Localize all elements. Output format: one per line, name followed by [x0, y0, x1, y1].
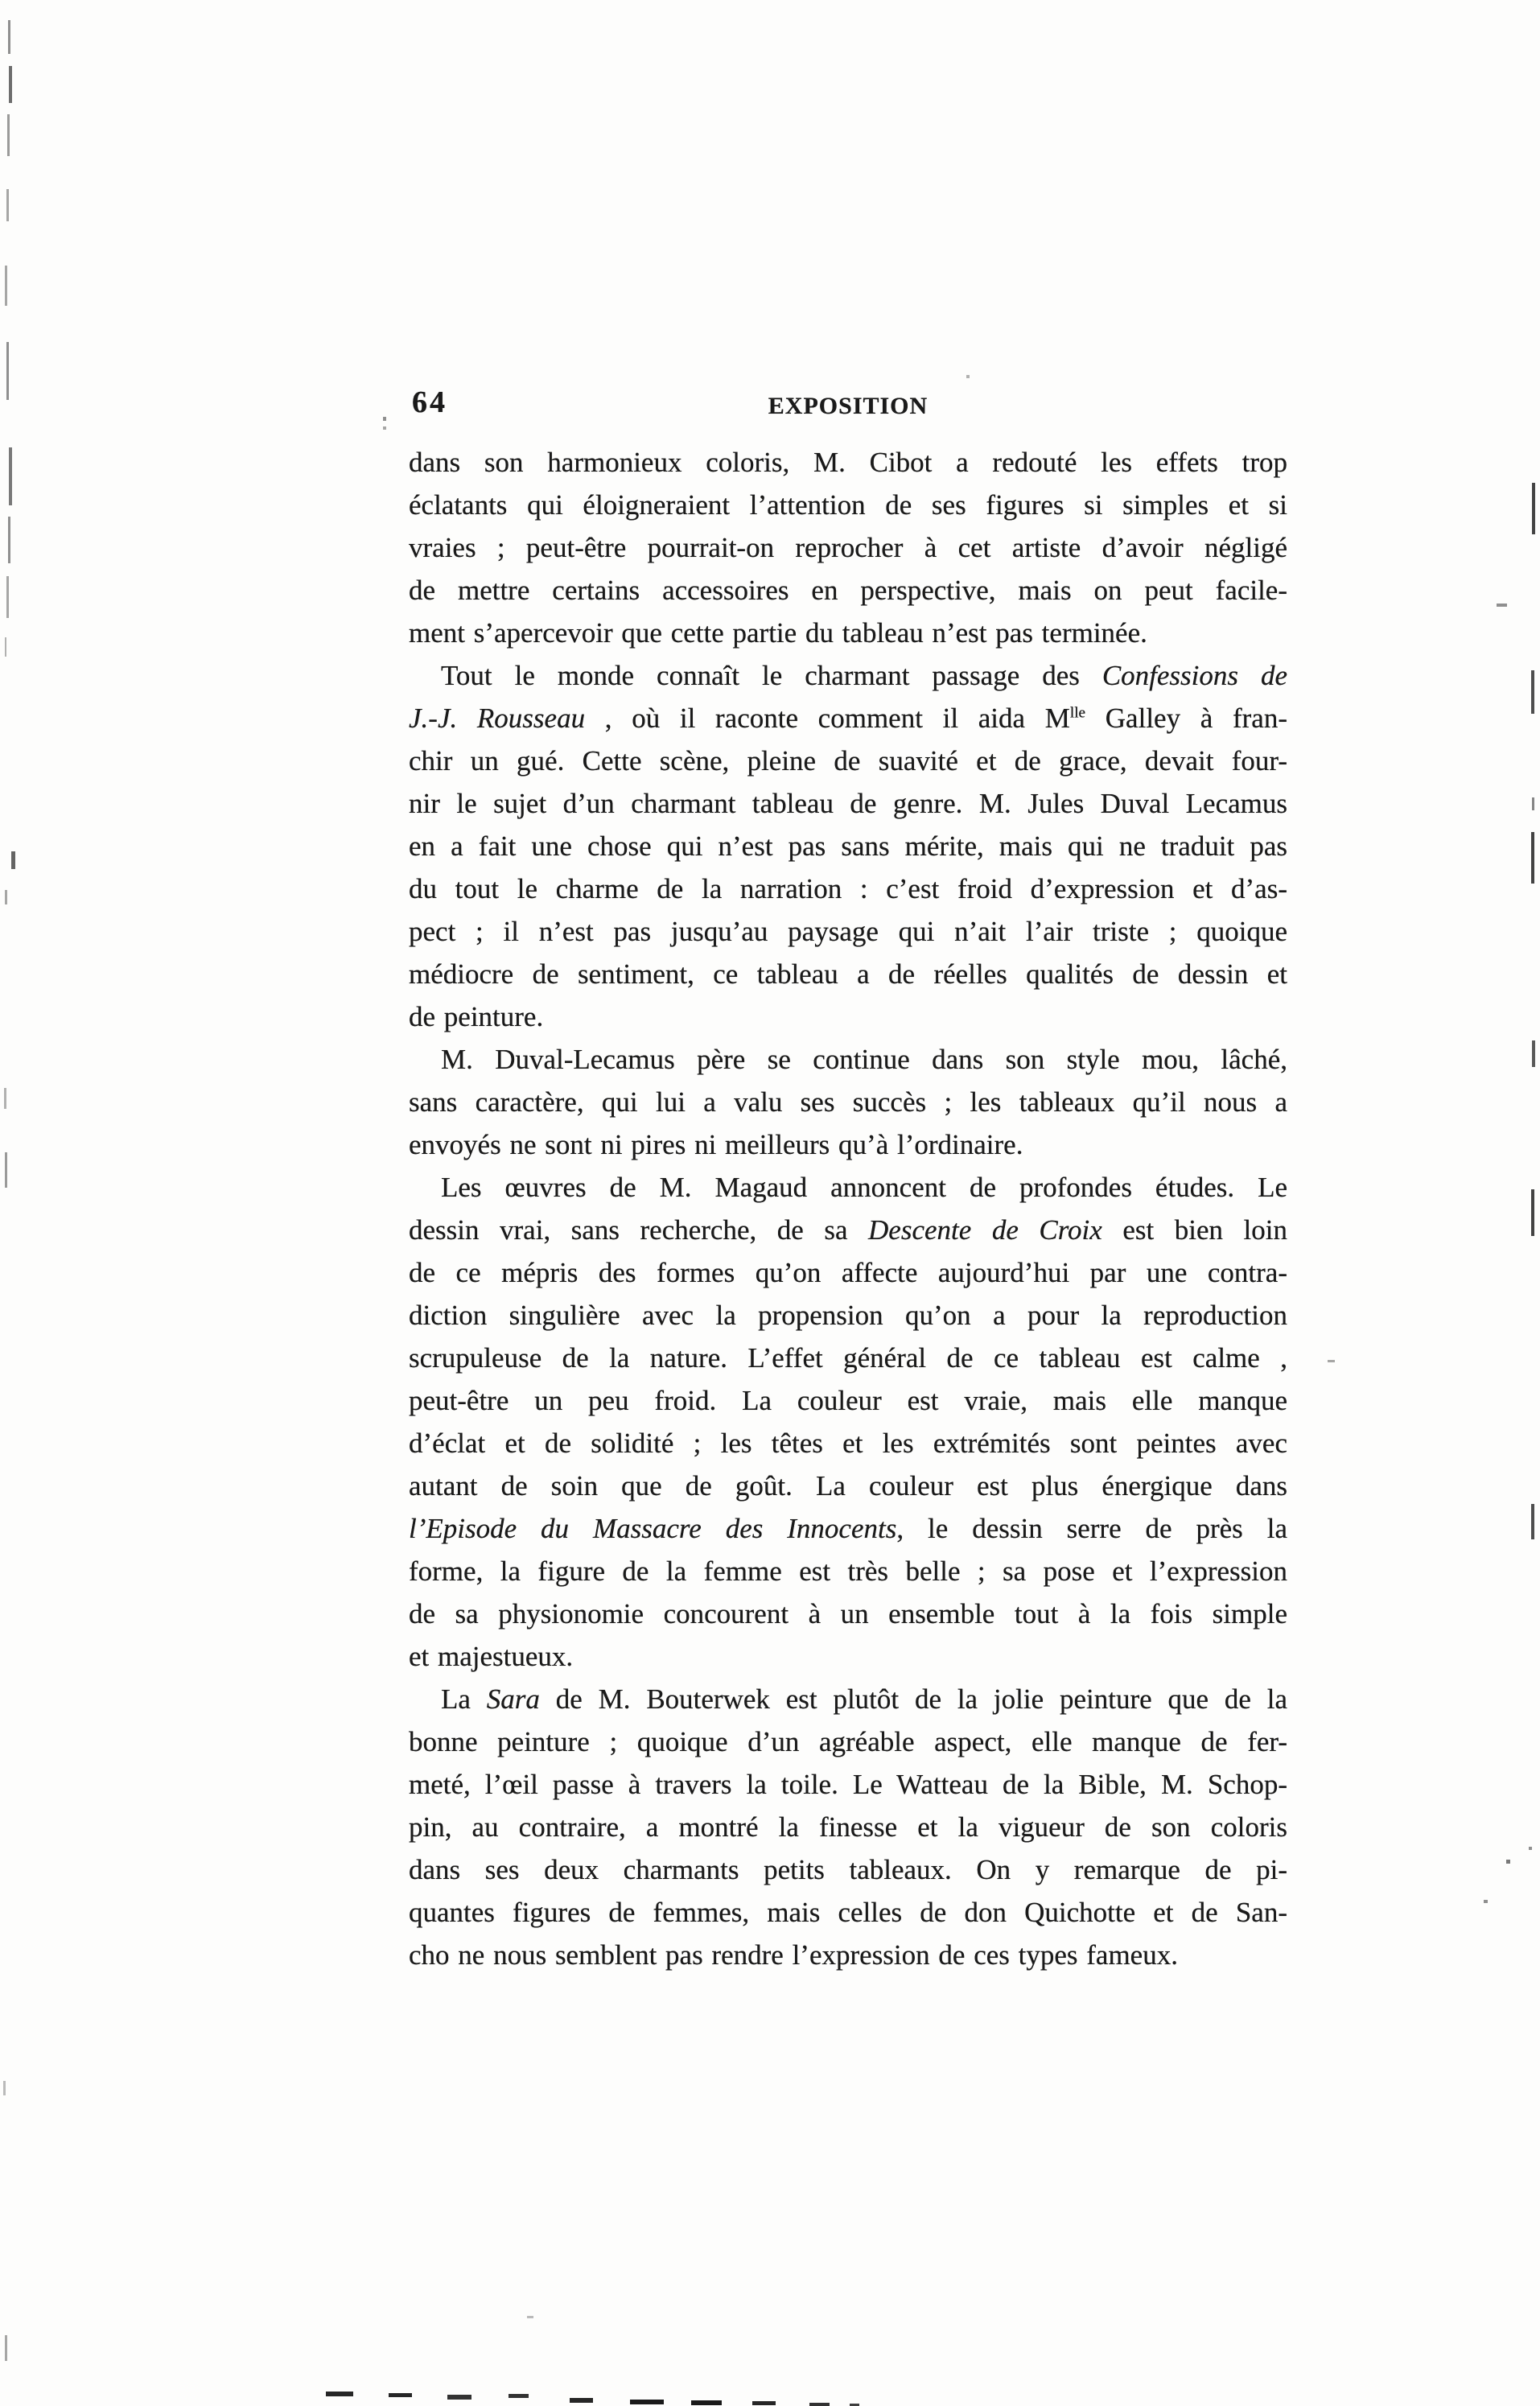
scan-artifact — [6, 189, 9, 221]
text-line: chir un gué. Cette scène, pleine de suav… — [409, 740, 1287, 782]
text-segment: bonne peinture ; quoique d’un agréable a… — [409, 1726, 1287, 1757]
scan-artifact — [1531, 670, 1534, 714]
scan-artifact — [966, 375, 970, 378]
text-segment: meté, l’œil passe à travers la toile. Le… — [409, 1769, 1287, 1800]
text-line: de mettre certains accessoires en perspe… — [409, 569, 1287, 612]
scan-artifact — [326, 2392, 353, 2396]
scan-artifact — [1531, 832, 1534, 884]
page-header: 64 EXPOSITION — [409, 385, 1287, 430]
text-segment: Tout le monde connaît le charmant passag… — [441, 660, 1102, 691]
text-segment: de mettre certains accessoires en perspe… — [409, 575, 1287, 606]
scan-artifact — [389, 2393, 412, 2397]
text-line: de sa physionomie concourent à un ensemb… — [409, 1592, 1287, 1635]
text-line: dans ses deux charmants petits tableaux.… — [409, 1848, 1287, 1891]
scanned-book-page: 64 EXPOSITION dans son harmonieux colori… — [0, 0, 1540, 2406]
scan-artifact — [5, 2335, 7, 2361]
text-segment: Galley à fran- — [1085, 702, 1287, 734]
text-segment: peut-être un peu froid. La couleur est v… — [409, 1385, 1287, 1416]
text-segment: dans son harmonieux coloris, M. Cibot a … — [409, 447, 1287, 478]
scan-artifact — [527, 2316, 533, 2318]
scan-artifact — [7, 114, 10, 156]
scan-artifact — [1531, 1189, 1534, 1236]
text-segment: , le dessin serre de près la — [896, 1513, 1287, 1544]
scan-artifact — [1484, 1900, 1488, 1903]
text-line: médiocre de sentiment, ce tableau a de r… — [409, 953, 1287, 995]
running-title: EXPOSITION — [409, 393, 1287, 420]
text-line: de peinture. — [409, 995, 1287, 1038]
scan-artifact — [5, 637, 6, 657]
italic-text-segment: Descente de Croix — [868, 1214, 1102, 1246]
text-line: du tout le charme de la narration : c’es… — [409, 867, 1287, 910]
text-segment: du tout le charme de la narration : c’es… — [409, 873, 1287, 904]
text-line: peut-être un peu froid. La couleur est v… — [409, 1379, 1287, 1422]
text-segment: de sa physionomie concourent à un ensemb… — [409, 1598, 1287, 1629]
scan-artifact — [1531, 1504, 1534, 1539]
text-line: pin, au contraire, a montré la finesse e… — [409, 1806, 1287, 1848]
text-segment: , où il raconte comment il aida M — [585, 702, 1070, 734]
text-segment: en a fait une chose qui n’est pas sans m… — [409, 830, 1287, 862]
scan-artifact — [1532, 797, 1534, 810]
scan-artifact — [1532, 483, 1535, 534]
scan-artifact — [8, 20, 10, 54]
text-line: d’éclat et de solidité ; les têtes et le… — [409, 1422, 1287, 1465]
text-line: cho ne nous semblent pas rendre l’expres… — [409, 1934, 1287, 1976]
scan-artifact — [752, 2401, 776, 2405]
scan-artifact — [5, 890, 7, 904]
scan-artifact — [1497, 604, 1507, 607]
scan-artifact — [3, 2081, 6, 2095]
text-segment: quantes figures de femmes, mais celles d… — [409, 1897, 1287, 1928]
text-line: éclatants qui éloigneraient l’attention … — [409, 484, 1287, 526]
text-line: de ce mépris des formes qu’on affecte au… — [409, 1251, 1287, 1294]
text-line: en a fait une chose qui n’est pas sans m… — [409, 825, 1287, 867]
text-segment: autant de soin que de goût. La couleur e… — [409, 1470, 1287, 1502]
text-line: pect ; il n’est pas jusqu’au paysage qui… — [409, 910, 1287, 953]
text-line: et majestueux. — [409, 1635, 1287, 1678]
text-segment: et majestueux. — [409, 1641, 573, 1672]
text-segment: pect ; il n’est pas jusqu’au paysage qui… — [409, 916, 1287, 947]
scan-artifact — [509, 2394, 529, 2398]
scan-artifact — [691, 2400, 722, 2405]
scan-artifact — [570, 2398, 593, 2403]
scan-artifact — [1328, 1360, 1335, 1362]
text-segment: chir un gué. Cette scène, pleine de suav… — [409, 745, 1287, 777]
text-segment: cho ne nous semblent pas rendre l’expres… — [409, 1939, 1178, 1971]
scan-artifact — [4, 1088, 6, 1109]
text-line: envoyés ne sont ni pires ni meilleurs qu… — [409, 1123, 1287, 1166]
scan-artifact — [11, 851, 15, 869]
text-segment: Les œuvres de M. Magaud annoncent de pro… — [441, 1172, 1287, 1203]
scan-artifact — [5, 1152, 7, 1188]
italic-text-segment: Sara — [487, 1683, 540, 1715]
text-segment: ment s’apercevoir que cette partie du ta… — [409, 617, 1147, 649]
text-line: forme, la figure de la femme est très be… — [409, 1550, 1287, 1592]
text-line: autant de soin que de goût. La couleur e… — [409, 1465, 1287, 1507]
scan-artifact — [630, 2400, 664, 2404]
text-line: Les œuvres de M. Magaud annoncent de pro… — [409, 1166, 1287, 1209]
text-line: ment s’apercevoir que cette partie du ta… — [409, 612, 1287, 654]
text-line: nir le sujet d’un charmant tableau de ge… — [409, 782, 1287, 825]
text-segment: d’éclat et de solidité ; les têtes et le… — [409, 1428, 1287, 1459]
text-segment: de ce mépris des formes qu’on affecte au… — [409, 1257, 1287, 1288]
text-segment: dessin vrai, sans recherche, de sa — [409, 1214, 868, 1246]
scan-artifact — [9, 66, 12, 103]
text-segment: est bien loin — [1102, 1214, 1287, 1246]
text-segment: dans ses deux charmants petits tableaux.… — [409, 1854, 1287, 1885]
italic-text-segment: J.-J. Rousseau — [409, 702, 585, 734]
page-body: dans son harmonieux coloris, M. Cibot a … — [409, 441, 1287, 1976]
text-segment: éclatants qui éloigneraient l’attention … — [409, 489, 1287, 521]
text-segment: diction singulière avec la propension qu… — [409, 1300, 1287, 1331]
scan-artifact — [809, 2403, 830, 2406]
text-segment: nir le sujet d’un charmant tableau de ge… — [409, 788, 1287, 819]
text-segment: envoyés ne sont ni pires ni meilleurs qu… — [409, 1129, 1023, 1160]
scan-artifact — [8, 517, 10, 563]
italic-text-segment: l’Episode du Massacre des Innocents — [409, 1513, 896, 1544]
superscript-text-segment: lle — [1070, 704, 1085, 721]
scan-artifact — [6, 342, 9, 400]
scan-artifact — [383, 426, 386, 430]
text-segment: M. Duval-Lecamus père se continue dans s… — [441, 1044, 1287, 1075]
scan-artifact — [1506, 1860, 1510, 1864]
text-line: quantes figures de femmes, mais celles d… — [409, 1891, 1287, 1934]
italic-text-segment: Confessions de — [1102, 660, 1287, 691]
scan-artifact — [6, 576, 9, 618]
text-segment: vraies ; peut-être pourrait-on reprocher… — [409, 532, 1287, 563]
text-segment: médiocre de sentiment, ce tableau a de r… — [409, 958, 1287, 990]
text-line: dans son harmonieux coloris, M. Cibot a … — [409, 441, 1287, 484]
scan-artifact — [1529, 1847, 1532, 1850]
text-line: J.-J. Rousseau , où il raconte comment i… — [409, 697, 1287, 740]
scan-artifact — [5, 266, 7, 306]
text-line: sans caractère, qui lui a valu ses succè… — [409, 1081, 1287, 1123]
text-line: l’Episode du Massacre des Innocents, le … — [409, 1507, 1287, 1550]
text-line: La Sara de M. Bouterwek est plutôt de la… — [409, 1678, 1287, 1720]
text-segment: La — [441, 1683, 487, 1715]
scan-artifact — [447, 2395, 471, 2400]
text-segment: sans caractère, qui lui a valu ses succè… — [409, 1086, 1287, 1118]
text-line: meté, l’œil passe à travers la toile. Le… — [409, 1763, 1287, 1806]
text-segment: de M. Bouterwek est plutôt de la jolie p… — [540, 1683, 1287, 1715]
text-line: M. Duval-Lecamus père se continue dans s… — [409, 1038, 1287, 1081]
scan-artifact — [383, 417, 386, 421]
text-line: Tout le monde connaît le charmant passag… — [409, 654, 1287, 697]
scan-artifact — [1532, 1040, 1535, 1067]
text-line: vraies ; peut-être pourrait-on reprocher… — [409, 526, 1287, 569]
scan-artifact — [9, 447, 12, 505]
text-segment: pin, au contraire, a montré la finesse e… — [409, 1811, 1287, 1843]
text-line: bonne peinture ; quoique d’un agréable a… — [409, 1720, 1287, 1763]
text-segment: forme, la figure de la femme est très be… — [409, 1555, 1287, 1587]
text-line: scrupuleuse de la nature. L’effet généra… — [409, 1337, 1287, 1379]
text-line: dessin vrai, sans recherche, de sa Desce… — [409, 1209, 1287, 1251]
text-segment: scrupuleuse de la nature. L’effet généra… — [409, 1342, 1287, 1374]
text-segment: de peinture. — [409, 1001, 543, 1032]
text-line: diction singulière avec la propension qu… — [409, 1294, 1287, 1337]
